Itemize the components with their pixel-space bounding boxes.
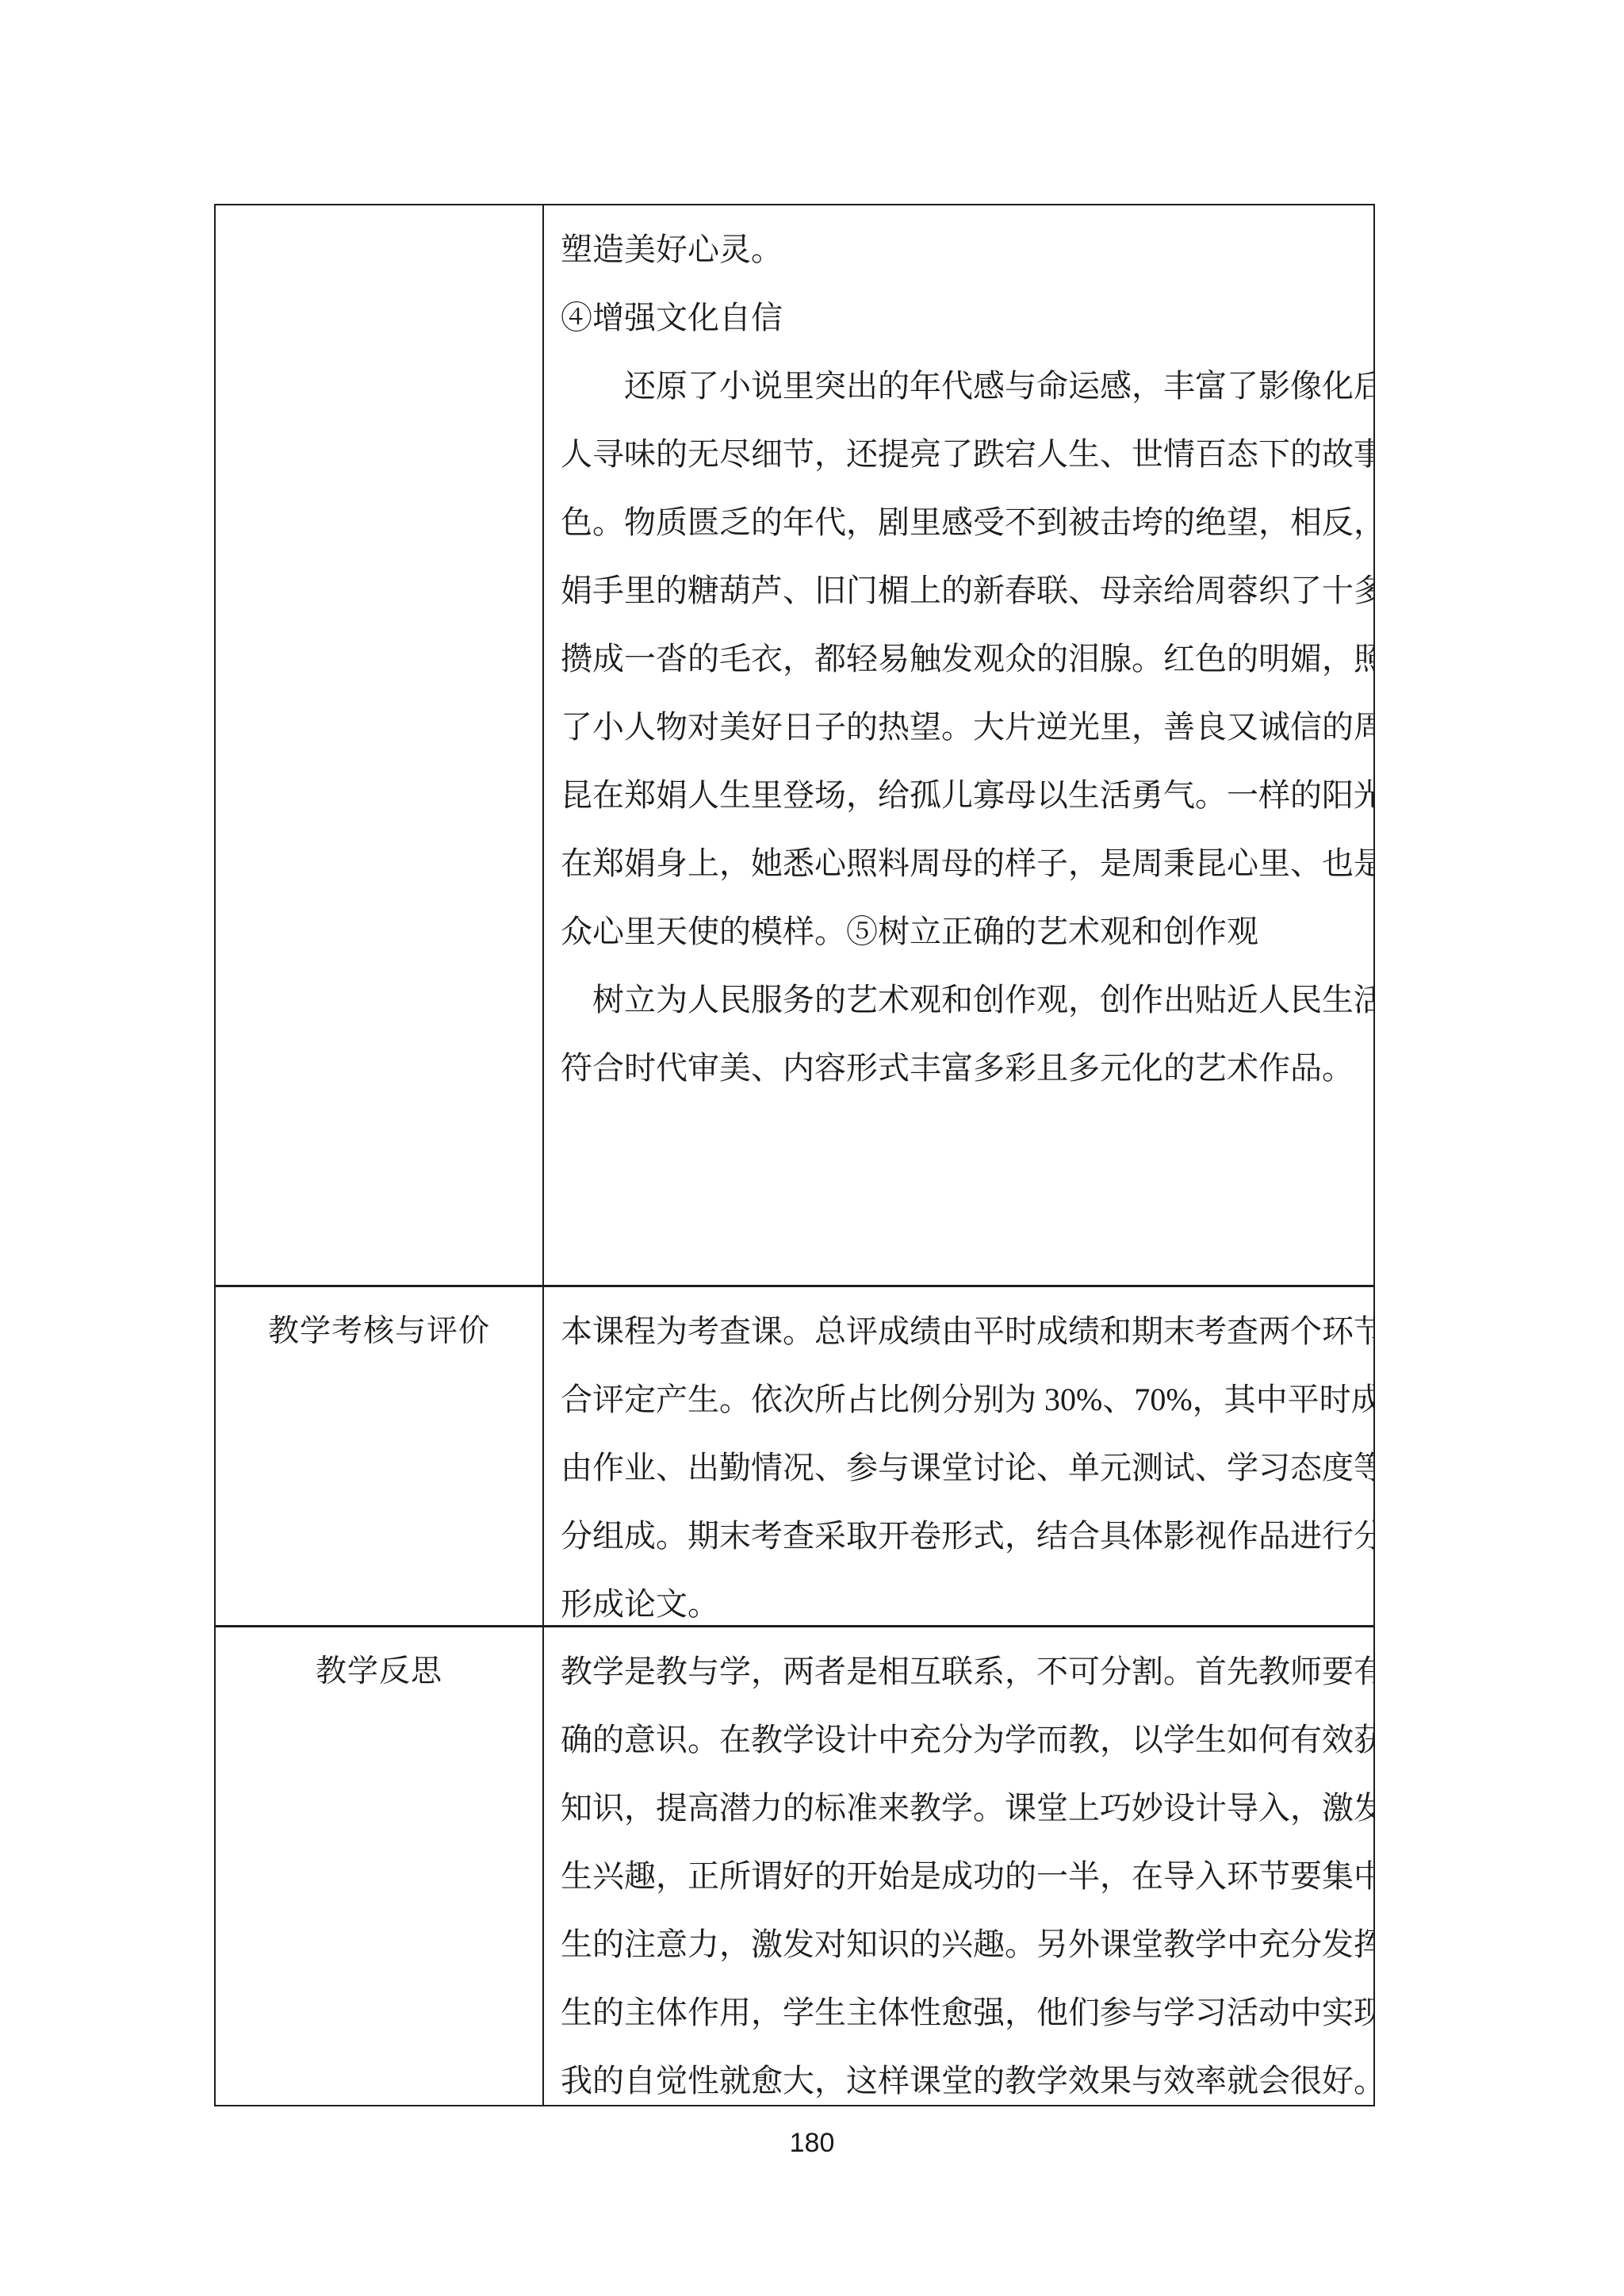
text-line: 确的意识。在教学设计中充分为学而教，以学生如何有效获取 bbox=[561, 1706, 1373, 1774]
table-row-assessment: 教学考核与评价 本课程为考查课。总评成绩由平时成绩和期末考查两个环节综合评定产生… bbox=[216, 1285, 1373, 1625]
text-line: 树立为人民服务的艺术观和创作观，创作出贴近人民生活、 bbox=[561, 966, 1373, 1034]
row-content-assessment: 本课程为考查课。总评成绩由平时成绩和期末考查两个环节综合评定产生。依次所占比例分… bbox=[544, 1287, 1373, 1625]
text-line: 众心里天使的模样。⑤树立正确的艺术观和创作观 bbox=[561, 898, 1373, 966]
text-line: 我的自觉性就愈大，这样课堂的教学效果与效率就会很好。 bbox=[561, 2047, 1373, 2105]
text-line: 塑造美好心灵。 bbox=[561, 216, 1373, 284]
text-line: 由作业、出勤情况、参与课堂讨论、单元测试、学习态度等部 bbox=[561, 1434, 1373, 1502]
text-line: 知识，提高潜力的标准来教学。课堂上巧妙设计导入，激发学 bbox=[561, 1774, 1373, 1842]
text-line: 攒成一沓的毛衣，都轻易触发观众的泪腺。红色的明媚，照亮 bbox=[561, 625, 1373, 693]
document-page: { "page_number": "180", "table": { "rows… bbox=[0, 0, 1624, 2296]
text-line: 人寻味的无尽细节，还提亮了跌宕人生、世情百态下的故事底 bbox=[561, 420, 1373, 489]
text-line: 在郑娟身上，她悉心照料周母的样子，是周秉昆心里、也是观 bbox=[561, 830, 1373, 898]
table-row-reflection: 教学反思 教学是教与学，两者是相互联系，不可分割。首先教师要有正确的意识。在教学… bbox=[216, 1625, 1373, 2105]
text-line: ④增强文化自信 bbox=[561, 284, 1373, 352]
text-line: 分组成。期末考查采取开卷形式，结合具体影视作品进行分析 bbox=[561, 1502, 1373, 1570]
text-line: 娟手里的糖葫芦、旧门楣上的新春联、母亲给周蓉织了十多年 bbox=[561, 557, 1373, 625]
text-line: 形成论文。 bbox=[561, 1570, 1373, 1625]
text-line: 符合时代审美、内容形式丰富多彩且多元化的艺术作品。 bbox=[561, 1034, 1373, 1102]
text-line: 还原了小说里突出的年代感与命运感，丰富了影像化后耐 bbox=[561, 352, 1373, 420]
row-content-overview: 塑造美好心灵。④增强文化自信 还原了小说里突出的年代感与命运感，丰富了影像化后耐… bbox=[544, 205, 1373, 1285]
row-content-reflection: 教学是教与学，两者是相互联系，不可分割。首先教师要有正确的意识。在教学设计中充分… bbox=[544, 1627, 1373, 2105]
text-line: 生的主体作用，学生主体性愈强，他们参与学习活动中实现自 bbox=[561, 1979, 1373, 2047]
text-line: 教学是教与学，两者是相互联系，不可分割。首先教师要有正 bbox=[561, 1638, 1373, 1706]
row-label-assessment: 教学考核与评价 bbox=[216, 1287, 544, 1625]
text-line: 合评定产生。依次所占比例分别为 30%、70%，其中平时成绩 bbox=[561, 1366, 1373, 1434]
course-table: 塑造美好心灵。④增强文化自信 还原了小说里突出的年代感与命运感，丰富了影像化后耐… bbox=[214, 204, 1375, 2106]
table-row-overview: 塑造美好心灵。④增强文化自信 还原了小说里突出的年代感与命运感，丰富了影像化后耐… bbox=[216, 205, 1373, 1285]
text-line: 生的注意力，激发对知识的兴趣。另外课堂教学中充分发挥学 bbox=[561, 1911, 1373, 1979]
text-line: 了小人物对美好日子的热望。大片逆光里，善良又诚信的周秉 bbox=[561, 693, 1373, 761]
text-line: 生兴趣，正所谓好的开始是成功的一半，在导入环节要集中学 bbox=[561, 1842, 1373, 1911]
text-line: 色。物质匮乏的年代，剧里感受不到被击垮的绝望，相反，郑 bbox=[561, 489, 1373, 557]
page-number: 180 bbox=[0, 2127, 1624, 2159]
text-line: 昆在郑娟人生里登场，给孤儿寡母以生活勇气。一样的阳光洒 bbox=[561, 761, 1373, 830]
text-line: 本课程为考查课。总评成绩由平时成绩和期末考查两个环节综 bbox=[561, 1297, 1373, 1366]
row-label-cell-empty bbox=[216, 205, 544, 1285]
row-label-reflection: 教学反思 bbox=[216, 1627, 544, 2105]
